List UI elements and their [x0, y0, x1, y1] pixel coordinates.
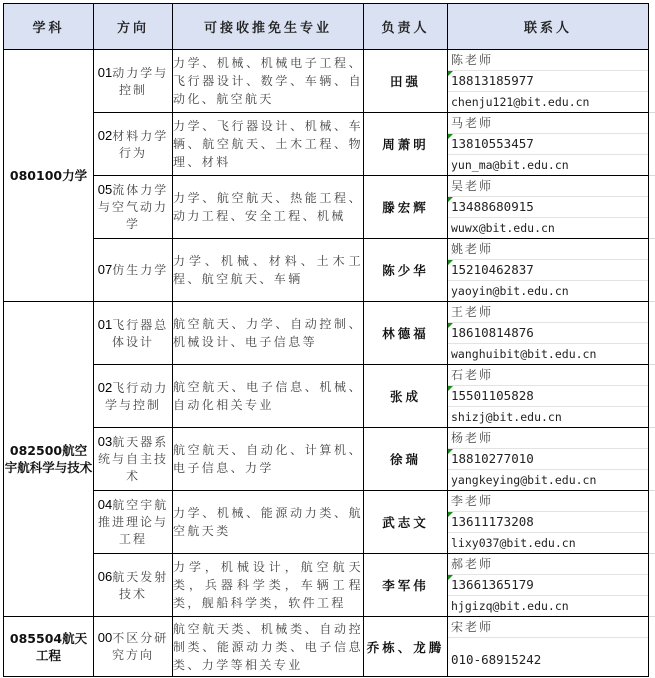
direction-code: 02: [98, 380, 112, 395]
leader-cell[interactable]: 周萧明: [364, 113, 448, 176]
phone-text: 13611173208: [451, 514, 534, 529]
majors-cell[interactable]: 力学，机械设计，航空航天类，兵器科学类，车辆工程类，舰船科学类，软件工程: [173, 554, 364, 617]
contact-phone[interactable]: 13488680915: [448, 197, 648, 218]
direction-name: 动力学与控制: [112, 66, 168, 97]
direction-cell[interactable]: 05流体力学与空气动力学: [94, 176, 173, 239]
leader-cell[interactable]: 滕宏辉: [364, 176, 448, 239]
leader-cell[interactable]: 李军伟: [364, 554, 448, 617]
contact-phone[interactable]: 18810277010: [448, 449, 648, 470]
table-row: 085504航天工程 00不区分研究方向 航空航天类、机械类、自动控制类、能源动…: [4, 617, 649, 677]
majors-cell[interactable]: 力学、机械、能源动力类、航空航天类: [173, 491, 364, 554]
gridline: [648, 238, 655, 239]
majors-cell[interactable]: 航空航天类、机械类、自动控制类、能源动力类、电子信息类、力学等相关专业: [173, 617, 364, 677]
direction-cell[interactable]: 02飞行动力学与控制: [94, 365, 173, 428]
gridline: [648, 364, 655, 365]
header-subject[interactable]: 学科: [4, 4, 94, 50]
contact-cell: 石老师 15501105828 shizj@bit.edu.cn: [448, 365, 649, 428]
phone-text: 18813185977: [451, 73, 534, 88]
direction-code: 02: [98, 128, 112, 143]
gridline: [648, 616, 655, 617]
direction-code: 05: [98, 182, 112, 197]
contact-name[interactable]: 马老师: [448, 113, 648, 134]
gridline: [648, 175, 655, 176]
gridline: [648, 490, 655, 491]
contact-name[interactable]: 宋老师: [448, 617, 648, 638]
leader-cell[interactable]: 田强: [364, 50, 448, 113]
comment-flag-icon: [448, 260, 453, 265]
direction-cell[interactable]: 01动力学与控制: [94, 50, 173, 113]
leader-cell[interactable]: 乔栋、龙腾: [364, 617, 448, 677]
direction-cell[interactable]: 04航空宇航推进理论与工程: [94, 491, 173, 554]
comment-flag-icon: [448, 386, 453, 391]
majors-cell[interactable]: 力学、机械、机械电子工程、飞行器设计、数学、车辆、自动化、航空航天: [173, 50, 364, 113]
direction-name: 仿生力学: [112, 263, 168, 277]
table-row: 07仿生力学 力学、机械、材料、土木工程、航空航天、车辆 陈少华 姚老师 152…: [4, 239, 649, 302]
majors-cell[interactable]: 航空航天、自动化、计算机、电子信息、力学: [173, 428, 364, 491]
phone-text: 13810553457: [451, 136, 534, 151]
contact-cell: 宋老师 010-68915242: [448, 617, 649, 677]
contact-cell: 李老师 13611173208 lixy037@bit.edu.cn: [448, 491, 649, 554]
table-row: 082500航空宇航科学与技术 01飞行器总体设计 航空航天、力学、自动控制、机…: [4, 302, 649, 365]
contact-email[interactable]: chenju121@bit.edu.cn: [448, 92, 648, 112]
direction-name: 航天发射技术: [112, 570, 168, 601]
contact-name[interactable]: 姚老师: [448, 239, 648, 260]
contact-phone[interactable]: 13810553457: [448, 134, 648, 155]
phone-text: 13488680915: [451, 199, 534, 214]
contact-email[interactable]: hjgizq@bit.edu.cn: [448, 596, 648, 616]
contact-email[interactable]: lixy037@bit.edu.cn: [448, 533, 648, 553]
majors-cell[interactable]: 航空航天、电子信息、机械、自动化相关专业: [173, 365, 364, 428]
subject-cell[interactable]: 082500航空宇航科学与技术: [4, 302, 94, 617]
phone-text: 13661365179: [451, 577, 534, 592]
comment-flag-icon: [448, 512, 453, 517]
contact-name[interactable]: 石老师: [448, 365, 648, 386]
phone-text: 15501105828: [451, 388, 534, 403]
comment-flag-icon: [448, 323, 453, 328]
majors-cell[interactable]: 航空航天、力学、自动控制、机械设计、电子信息等: [173, 302, 364, 365]
contact-cell: 王老师 18610814876 wanghuibit@bit.edu.cn: [448, 302, 649, 365]
direction-name: 飞行动力学与控制: [105, 381, 168, 412]
contact-cell: 姚老师 15210462837 yaoyin@bit.edu.cn: [448, 239, 649, 302]
phone-text: 18610814876: [451, 325, 534, 340]
direction-cell[interactable]: 00不区分研究方向: [94, 617, 173, 677]
direction-name: 飞行器总体设计: [112, 318, 168, 349]
contact-email[interactable]: wuwx@bit.edu.cn: [448, 218, 648, 238]
direction-code: 01: [98, 317, 112, 332]
leader-cell[interactable]: 陈少华: [364, 239, 448, 302]
contact-phone[interactable]: 010-68915242: [448, 638, 648, 676]
contact-name[interactable]: 王老师: [448, 302, 648, 323]
majors-cell[interactable]: 力学、机械、材料、土木工程、航空航天、车辆: [173, 239, 364, 302]
table-row: 02飞行动力学与控制 航空航天、电子信息、机械、自动化相关专业 张成 石老师 1…: [4, 365, 649, 428]
direction-code: 03: [98, 434, 112, 449]
phone-text: 15210462837: [451, 262, 534, 277]
majors-cell[interactable]: 力学、航空航天、热能工程、动力工程、安全工程、机械: [173, 176, 364, 239]
direction-code: 06: [98, 569, 112, 584]
contact-email[interactable]: yaoyin@bit.edu.cn: [448, 281, 648, 301]
contact-cell: 杨老师 18810277010 yangkeying@bit.edu.cn: [448, 428, 649, 491]
comment-flag-icon: [448, 449, 453, 454]
gridline: [648, 427, 655, 428]
leader-cell[interactable]: 林德福: [364, 302, 448, 365]
leader-cell[interactable]: 武志文: [364, 491, 448, 554]
contact-name[interactable]: 陈老师: [448, 50, 648, 71]
contact-phone[interactable]: 15210462837: [448, 260, 648, 281]
contact-email[interactable]: wanghuibit@bit.edu.cn: [448, 344, 648, 364]
contact-name[interactable]: 吴老师: [448, 176, 648, 197]
header-direction[interactable]: 方向: [94, 4, 173, 50]
contact-phone[interactable]: 13661365179: [448, 575, 648, 596]
admission-table: 学科 方向 可接收推免生专业 负责人 联系人 080100力学 01动力学与控制…: [3, 3, 649, 677]
comment-flag-icon: [448, 71, 453, 76]
direction-cell[interactable]: 06航天发射技术: [94, 554, 173, 617]
table-row: 03航天器系统与自主技术 航空航天、自动化、计算机、电子信息、力学 徐瑞 杨老师…: [4, 428, 649, 491]
contact-phone[interactable]: 13611173208: [448, 512, 648, 533]
contact-phone[interactable]: 15501105828: [448, 386, 648, 407]
direction-code: 01: [98, 65, 112, 80]
direction-name: 不区分研究方向: [112, 631, 168, 662]
contact-cell: 马老师 13810553457 yun_ma@bit.edu.cn: [448, 113, 649, 176]
direction-code: 04: [98, 497, 112, 512]
contact-phone[interactable]: 18610814876: [448, 323, 648, 344]
subject-cell[interactable]: 085504航天工程: [4, 617, 94, 677]
header-leader[interactable]: 负责人: [364, 4, 448, 50]
direction-cell[interactable]: 02材料力学行为: [94, 113, 173, 176]
comment-flag-icon: [448, 575, 453, 580]
leader-cell[interactable]: 张成: [364, 365, 448, 428]
header-majors[interactable]: 可接收推免生专业: [173, 4, 364, 50]
direction-code: 07: [98, 262, 112, 277]
comment-flag-icon: [448, 134, 453, 139]
comment-flag-icon: [448, 197, 453, 202]
contact-email[interactable]: shizj@bit.edu.cn: [448, 407, 648, 427]
header-row: 学科 方向 可接收推免生专业 负责人 联系人: [4, 4, 649, 50]
majors-cell[interactable]: 力学、飞行器设计、机械、车辆、航空航天、土木工程、物理、材料: [173, 113, 364, 176]
contact-email[interactable]: yangkeying@bit.edu.cn: [448, 470, 648, 490]
spreadsheet: 学科 方向 可接收推免生专业 负责人 联系人 080100力学 01动力学与控制…: [0, 0, 655, 678]
direction-cell[interactable]: 03航天器系统与自主技术: [94, 428, 173, 491]
gridline: [648, 112, 655, 113]
direction-cell[interactable]: 07仿生力学: [94, 239, 173, 302]
contact-name[interactable]: 李老师: [448, 491, 648, 512]
contact-email[interactable]: yun_ma@bit.edu.cn: [448, 155, 648, 175]
contact-cell: 吴老师 13488680915 wuwx@bit.edu.cn: [448, 176, 649, 239]
contact-name[interactable]: 郝老师: [448, 554, 648, 575]
table-row: 06航天发射技术 力学，机械设计，航空航天类，兵器科学类，车辆工程类，舰船科学类…: [4, 554, 649, 617]
subject-cell[interactable]: 080100力学: [4, 50, 94, 302]
gridline: [648, 553, 655, 554]
header-contact[interactable]: 联系人: [448, 4, 649, 50]
contact-name[interactable]: 杨老师: [448, 428, 648, 449]
contact-cell: 郝老师 13661365179 hjgizq@bit.edu.cn: [448, 554, 649, 617]
table-row: 05流体力学与空气动力学 力学、航空航天、热能工程、动力工程、安全工程、机械 滕…: [4, 176, 649, 239]
contact-cell: 陈老师 18813185977 chenju121@bit.edu.cn: [448, 50, 649, 113]
gridline: [648, 301, 655, 302]
direction-code: 00: [98, 630, 112, 645]
table-row: 02材料力学行为 力学、飞行器设计、机械、车辆、航空航天、土木工程、物理、材料 …: [4, 113, 649, 176]
direction-cell[interactable]: 01飞行器总体设计: [94, 302, 173, 365]
table-row: 04航空宇航推进理论与工程 力学、机械、能源动力类、航空航天类 武志文 李老师 …: [4, 491, 649, 554]
leader-cell[interactable]: 徐瑞: [364, 428, 448, 491]
contact-phone[interactable]: 18813185977: [448, 71, 648, 92]
table-row: 080100力学 01动力学与控制 力学、机械、机械电子工程、飞行器设计、数学、…: [4, 50, 649, 113]
phone-text: 18810277010: [451, 451, 534, 466]
direction-name: 材料力学行为: [112, 129, 168, 160]
